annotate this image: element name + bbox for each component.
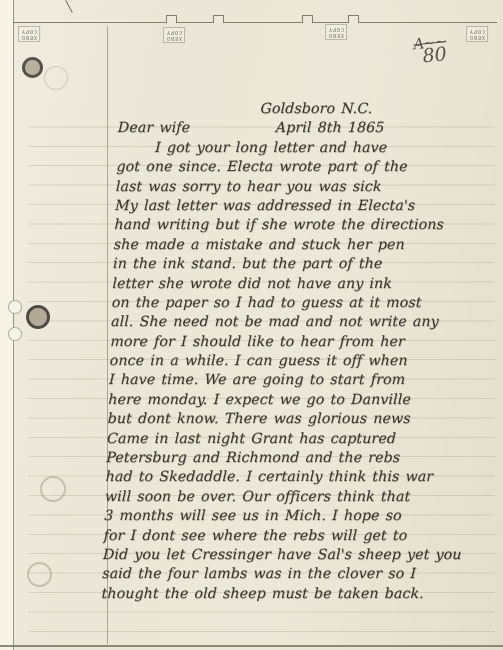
- stamp-line: COPY: [469, 28, 485, 34]
- pen-check-mark: [65, 0, 72, 13]
- letter-line: 3 months will see us in Mich. I hope so: [104, 507, 450, 526]
- xero-copy-stamp: XERO COPY: [163, 27, 185, 43]
- letter-line: hand writing but if she wrote the direct…: [114, 216, 460, 235]
- punch-hole: [22, 57, 43, 78]
- letter-line: for I dont see where the rebs will get t…: [103, 527, 449, 546]
- letter-line: last was sorry to hear you was sick: [115, 178, 461, 197]
- letter-line: letter she wrote did not have any ink: [112, 275, 458, 294]
- index-tab: [302, 15, 313, 23]
- letter-line: Came in last night Grant has captured: [107, 430, 453, 449]
- letter-line: My last letter was addressed in Electa's: [115, 197, 461, 216]
- letter-line: here monday. I expect we go to Danville: [108, 391, 454, 410]
- letter-line: in the ink stand. but the part of the: [113, 255, 459, 274]
- page-top-rule: [13, 22, 497, 23]
- stamp-line: XERO: [469, 34, 485, 40]
- letter-line: all. She need not be mad and not write a…: [111, 313, 457, 332]
- letter-date: April 8th 1865: [275, 119, 384, 138]
- archive-number: 80: [422, 47, 448, 65]
- edge-notch: [8, 300, 22, 314]
- xero-copy-stamp: XERO COPY: [466, 26, 488, 42]
- xero-copy-stamp: XERO COPY: [18, 26, 40, 42]
- page-bottom-rule: [0, 645, 503, 647]
- punch-hole-faint-ring: [27, 562, 52, 587]
- punch-hole-faint-ring: [44, 66, 68, 90]
- punch-hole: [26, 305, 50, 329]
- letter-line: had to Skedaddle. I certainly think this…: [105, 468, 451, 487]
- stamp-line: COPY: [166, 29, 182, 35]
- xero-copy-stamp: XERO COPY: [325, 24, 347, 40]
- index-tab: [166, 15, 177, 23]
- letter-line: but dont know. There was glorious news: [107, 410, 453, 429]
- letter-line: I got your long letter and have: [155, 139, 463, 158]
- letter-line: she made a mistake and stuck her pen: [113, 236, 459, 255]
- stamp-line: COPY: [21, 28, 37, 34]
- letter-line: once in a while. I can guess it off when: [109, 352, 455, 371]
- letter-line: thought the old sheep must be taken back…: [101, 585, 447, 604]
- index-tab: [348, 15, 359, 23]
- letter-place: Goldsboro N.C.: [260, 100, 464, 119]
- letter-line: more for I should like to hear from her: [110, 333, 456, 352]
- stamp-line: XERO: [21, 34, 37, 40]
- archive-number-annotation: A~~ 80: [407, 34, 449, 66]
- letter-line: I have time. We are going to start from: [109, 371, 455, 390]
- stamp-line: XERO: [328, 32, 344, 38]
- handwritten-letter: Goldsboro N.C. Dear wife April 8th 1865 …: [101, 100, 464, 604]
- letter-line: said the four lambs was in the clover so…: [102, 565, 448, 584]
- letter-salutation: Dear wife: [118, 120, 191, 136]
- letter-line: will soon be over. Our officers think th…: [105, 488, 451, 507]
- letter-page: XERO COPY XERO COPY XERO COPY XERO COPY …: [0, 0, 503, 650]
- stamp-line: COPY: [328, 26, 344, 32]
- edge-notch: [8, 327, 22, 341]
- paper-bound-edge: [0, 0, 14, 650]
- letter-line: got one since. Electa wrote part of the: [116, 158, 462, 177]
- letter-salutation-row: Dear wife April 8th 1865: [117, 119, 463, 138]
- letter-line: on the paper so I had to guess at it mos…: [111, 294, 457, 313]
- letter-line: Petersburg and Richmond and the rebs: [106, 449, 452, 468]
- stamp-line: XERO: [166, 35, 182, 41]
- letter-line: Did you let Cressinger have Sal's sheep …: [103, 546, 449, 565]
- index-tab: [213, 15, 224, 23]
- punch-hole-faint-ring: [40, 476, 66, 502]
